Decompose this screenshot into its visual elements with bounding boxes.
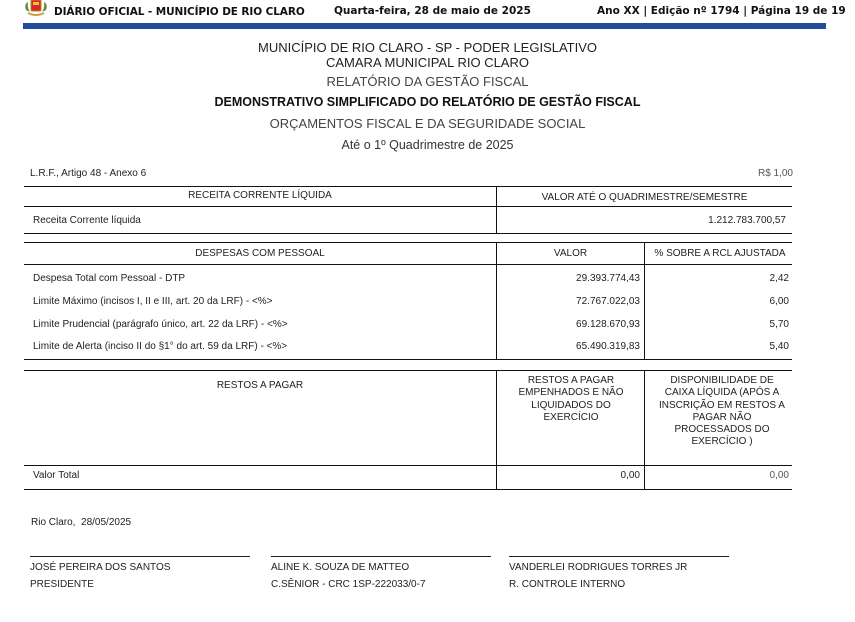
signatory-role: C.SÊNIOR - CRC 1SP-222033/0-7 — [271, 579, 426, 590]
signatory-role: PRESIDENTE — [30, 579, 94, 590]
rcl-header-label: RECEITA CORRENTE LÍQUIDA — [24, 190, 496, 201]
signatory-role: R. CONTROLE INTERNO — [509, 579, 625, 590]
restos-header-disponibilidade: DISPONIBILIDADE DE CAIXA LÍQUIDA (APÓS A… — [658, 375, 786, 449]
title-budgets: ORÇAMENTOS FISCAL E DA SEGURIDADE SOCIAL — [0, 116, 855, 131]
rcl-header-value: VALOR ATÉ O QUADRIMESTRE/SEMESTRE — [497, 192, 792, 203]
lrf-reference: L.R.F., Artigo 48 - Anexo 6 — [30, 168, 146, 179]
place-date: Rio Claro, 28/05/2025 — [31, 517, 131, 528]
restos-header-empenhados: RESTOS A PAGAR EMPENHADOS E NÃO LIQUIDAD… — [515, 375, 627, 424]
title-chamber: CAMARA MUNICIPAL RIO CLARO — [0, 55, 855, 70]
edition-info: Ano XX | Edição nº 1794 | Página 19 de 1… — [597, 5, 846, 17]
coat-of-arms-icon — [24, 0, 48, 17]
title-report: RELATÓRIO DA GESTÃO FISCAL — [0, 74, 855, 89]
title-period: Até o 1º Quadrimestre de 2025 — [0, 138, 855, 152]
title-demonstrativo: DEMONSTRATIVO SIMPLIFICADO DO RELATÓRIO … — [0, 95, 855, 109]
gazette-header: DIÁRIO OFICIAL - MUNICÍPIO DE RIO CLARO … — [0, 0, 855, 30]
personnel-header-label: DESPESAS COM PESSOAL — [24, 248, 496, 259]
personnel-header-value: VALOR — [497, 248, 644, 259]
gazette-title: DIÁRIO OFICIAL - MUNICÍPIO DE RIO CLARO — [54, 6, 305, 18]
signatory-name: ALINE K. SOUZA DE MATTEO — [271, 562, 409, 573]
publication-date: Quarta-feira, 28 de maio de 2025 — [334, 5, 531, 17]
currency-unit: R$ 1,00 — [700, 168, 793, 179]
title-municipality: MUNICÍPIO DE RIO CLARO - SP - PODER LEGI… — [0, 40, 855, 55]
header-accent-bar — [23, 23, 826, 29]
rcl-row-label: Receita Corrente líquida — [33, 215, 141, 226]
personnel-header-pct: % SOBRE A RCL AJUSTADA — [645, 248, 795, 259]
signatory-name: JOSÉ PEREIRA DOS SANTOS — [30, 562, 170, 573]
restos-header-label: RESTOS A PAGAR — [24, 380, 496, 391]
signatory-name: VANDERLEI RODRIGUES TORRES JR — [509, 562, 687, 573]
rcl-row-value: 1.212.783.700,57 — [497, 215, 786, 226]
